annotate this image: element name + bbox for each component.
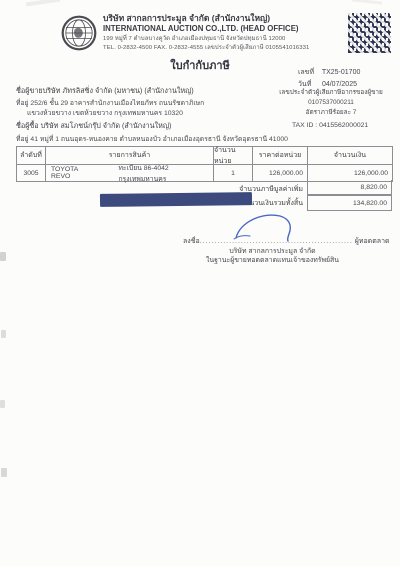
seller-taxid-value: 0107537000211 bbox=[264, 98, 398, 108]
buyer-name-line: ชื่อผู้ซื้อ บริษัท สมโภชน์กรุ๊ป จำกัด (ส… bbox=[16, 121, 171, 132]
row-description: TOYOTA REVO ทะเบียน 86-4042 กรุงเทพมหานค… bbox=[46, 165, 214, 182]
company-logo-globe-icon bbox=[61, 15, 97, 51]
col-header-unit-price: ราคาต่อหน่วย bbox=[253, 147, 308, 165]
grand-total-value: 134,820.00 bbox=[307, 195, 392, 211]
seller-name-line: ชื่อผู้ขายบริษัท ภัทรลิสซิ่ง จำกัด (มหาช… bbox=[16, 86, 194, 97]
tax-invoice-document: บริษัท สากลการประมูล จำกัด (สำนักงานใหญ่… bbox=[0, 0, 400, 566]
company-name-english: INTERNATIONAL AUCTION CO.,LTD. (HEAD OFF… bbox=[103, 25, 353, 34]
qr-code-icon bbox=[348, 13, 391, 53]
row-description-main: TOYOTA REVO bbox=[51, 166, 96, 180]
items-table: ลำดับที่ รายการสินค้า จำนวนหน่วย ราคาต่อ… bbox=[16, 146, 393, 182]
scan-artifact bbox=[26, 0, 60, 6]
seller-taxid-label: เลขประจำตัวผู้เสียภาษีอากรของผู้ขาย bbox=[264, 88, 398, 98]
signature-note: ในฐานะผู้ขายทอดตลาดแทนเจ้าของทรัพย์สิน bbox=[190, 255, 355, 266]
scan-artifact bbox=[0, 400, 5, 408]
scan-artifact bbox=[1, 468, 7, 477]
row-qty: 1 bbox=[214, 165, 253, 182]
col-header-no: ลำดับที่ bbox=[17, 147, 46, 165]
sign-dotted-line: ........................................… bbox=[200, 238, 353, 245]
invoice-number-line: เลขที่ TX25-01700 bbox=[298, 67, 360, 78]
redaction-bar bbox=[100, 192, 252, 207]
invoice-number-label: เลขที่ bbox=[298, 67, 320, 78]
company-header-block: บริษัท สากลการประมูล จำกัด (สำนักงานใหญ่… bbox=[103, 14, 353, 51]
sign-label: ลงชื่อ bbox=[183, 238, 200, 245]
scan-artifact bbox=[1, 330, 6, 338]
row-unit-price: 126,000.00 bbox=[253, 165, 308, 182]
buyer-address-line: ที่อยู่ 41 หมู่ที่ 1 ถนนอุดร-หนองคาย ตำบ… bbox=[16, 133, 288, 144]
auctioneer-role: ผู้ทอดตลาด bbox=[355, 238, 390, 245]
buyer-taxid: TAX ID : 0415562000021 bbox=[292, 122, 368, 129]
seller-address-line2: แขวงห้วยขวาง เขตห้วยขวาง กรุงเทพมหานคร 1… bbox=[27, 107, 183, 118]
seller-taxid-block: เลขประจำตัวผู้เสียภาษีอากรของผู้ขาย 0107… bbox=[264, 88, 398, 118]
company-contact: TEL. 0-2832-4500 FAX. 0-2832-4555 เลขประ… bbox=[103, 45, 353, 52]
invoice-date-value: 04/07/2025 bbox=[322, 81, 357, 88]
invoice-number-value: TX25-01700 bbox=[322, 69, 361, 76]
company-name-thai: บริษัท สากลการประมูล จำกัด (สำนักงานใหญ่… bbox=[103, 14, 353, 24]
scan-artifact bbox=[0, 252, 6, 261]
row-no: 3005 bbox=[17, 165, 46, 182]
row-description-registration: ทะเบียน 86-4042 กรุงเทพมหานคร bbox=[118, 162, 213, 184]
vat-value: 8,820.00 bbox=[307, 180, 392, 195]
col-header-qty: จำนวนหน่วย bbox=[214, 147, 253, 165]
scan-artifact bbox=[352, 0, 382, 5]
col-header-amount: จำนวนเงิน bbox=[308, 147, 393, 165]
company-address: 199 หมู่ที่ 7 ตำบลบางคูวัด อำเภอเมืองปทุ… bbox=[103, 36, 353, 43]
vat-rate-line: อัตราภาษีร้อยละ 7 bbox=[264, 108, 398, 118]
